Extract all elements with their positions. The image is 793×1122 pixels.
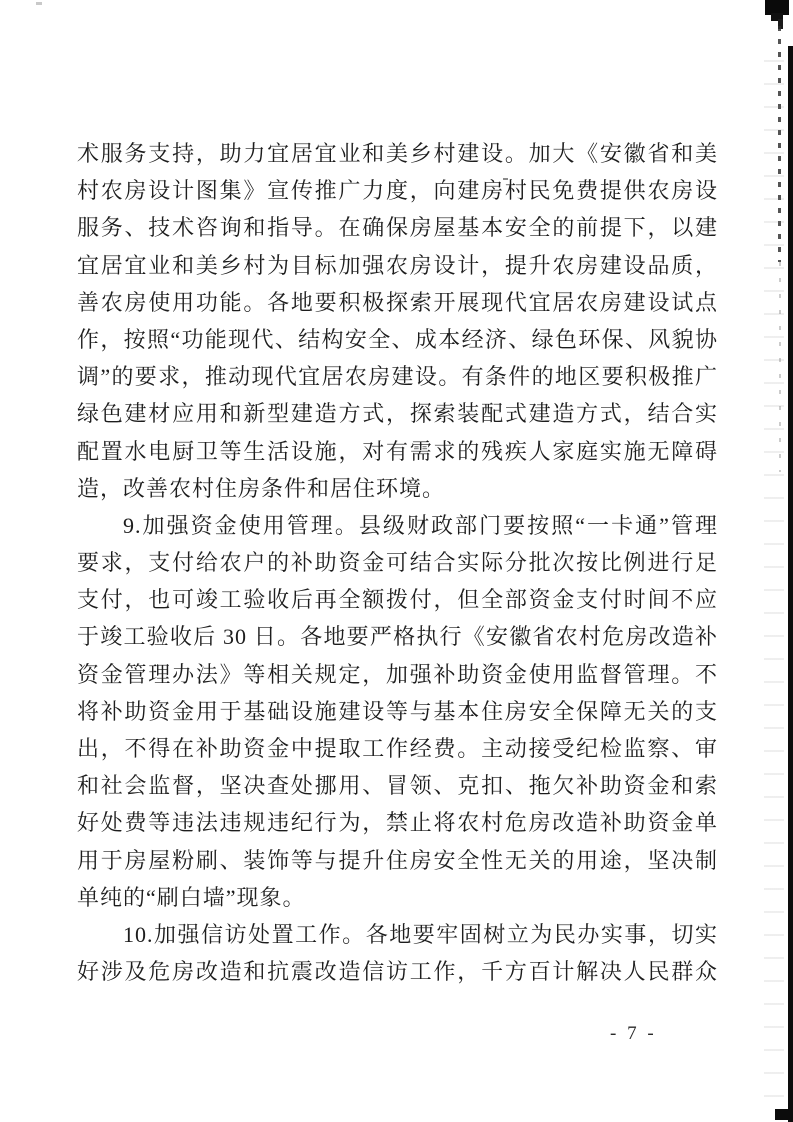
- text-line: 支付，也可竣工验收后再全额拨付，但全部资金支付时间不应晚: [77, 581, 718, 618]
- text-line: 用于房屋粉刷、装饰等与提升住房安全性无关的用途，坚决制止: [77, 842, 718, 879]
- page-number: - 7 -: [610, 1023, 670, 1045]
- scan-page-edge-corner: [775, 1109, 793, 1120]
- text-line-item-10-start: 10.加强信访处置工作。各地要牢固树立为民办实事，切实抓: [77, 916, 718, 953]
- text-line: 绿色建材应用和新型建造方式，探索装配式建造方式，结合实际: [77, 395, 718, 432]
- text-line: 作，按照“功能现代、结构安全、成本经济、绿色环保、风貌协: [77, 321, 718, 358]
- document-page: 术服务支持，助力宜居宜业和美乡村建设。加大《安徽省和美乡 村农房设计图集》宣传推…: [0, 0, 793, 1122]
- text-line-paragraph-end: 造，改善农村住房条件和居住环境。: [77, 470, 718, 507]
- text-line: 术服务支持，助力宜居宜业和美乡村建设。加大《安徽省和美乡: [77, 135, 718, 172]
- text-line: 和社会监督，坚决查处挪用、冒领、克扣、拖欠补助资金和索要: [77, 767, 718, 804]
- text-line: 村农房设计图集》宣传推广力度，向建房村民免费提供农房设计: [77, 172, 718, 209]
- text-line: 好涉及危房改造和抗震改造信访工作，千方百计解决人民群众的: [77, 953, 718, 990]
- text-line: 出，不得在补助资金中提取工作经费。主动接受纪检监察、审计: [77, 730, 718, 767]
- scan-speck-artifact: [36, 2, 42, 5]
- text-line: 服务、技术咨询和指导。在确保房屋基本安全的前提下，以建设: [77, 209, 718, 246]
- text-line: 善农房使用功能。各地要积极探索开展现代宜居农房建设试点工: [77, 284, 718, 321]
- body-text-block: 术服务支持，助力宜居宜业和美乡村建设。加大《安徽省和美乡 村农房设计图集》宣传推…: [77, 135, 718, 990]
- scan-speck-artifact: [503, 178, 508, 180]
- text-line: 将补助资金用于基础设施建设等与基本住房安全保障无关的支: [77, 693, 718, 730]
- text-line: 于竣工验收后 30 日。各地要严格执行《安徽省农村危房改造补助: [77, 618, 718, 655]
- text-line: 资金管理办法》等相关规定，加强补助资金使用监督管理。不得: [77, 656, 718, 693]
- text-line-item-9-start: 9.加强资金使用管理。县级财政部门要按照“一卡通”管理: [77, 507, 718, 544]
- text-line: 配置水电厨卫等生活设施，对有需求的残疾人家庭实施无障碍改: [77, 433, 718, 470]
- text-line-paragraph-end: 单纯的“刷白墙”现象。: [77, 879, 718, 916]
- scan-page-edge-line: [788, 46, 793, 1122]
- text-line: 宜居宜业和美乡村为目标加强农房设计，提升农房建设品质，完: [77, 247, 718, 284]
- text-line: 要求，支付给农户的补助资金可结合实际分批次按比例进行足额: [77, 544, 718, 581]
- text-line: 调”的要求，推动现代宜居农房建设。有条件的地区要积极推广: [77, 358, 718, 395]
- text-line: 好处费等违法违规违纪行为，禁止将农村危房改造补助资金单纯: [77, 804, 718, 841]
- scan-edge-noise: [764, 60, 784, 1100]
